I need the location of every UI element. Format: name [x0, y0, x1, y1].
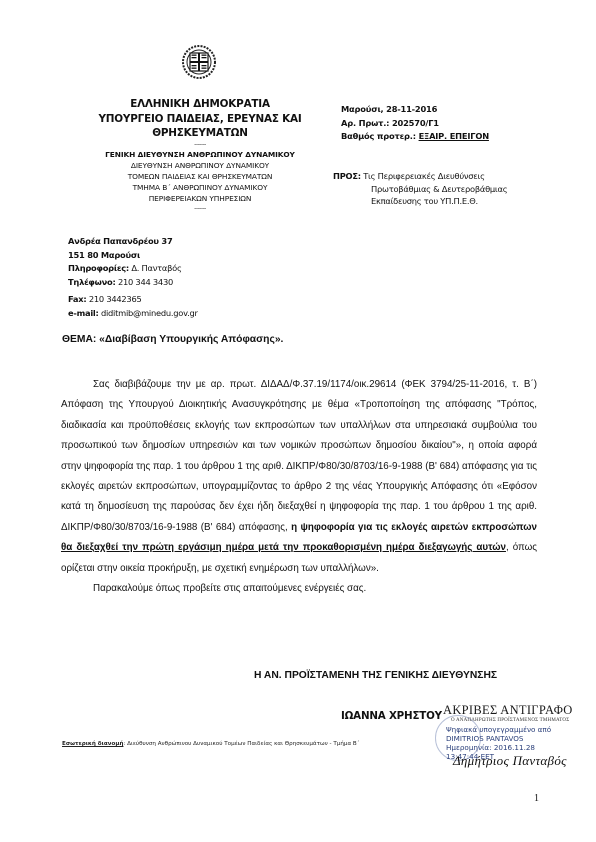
letter-body: Σας διαβιβάζουμε την με αρ. πρωτ. ΔΙΔΑΔ/…	[61, 375, 537, 599]
signatory-name: ΙΩΑΝΝΑ ΧΡΗΣΤΟΥ	[341, 710, 442, 722]
email-label: e-mail:	[68, 308, 99, 318]
email-value[interactable]: diditmib@minedu.gov.gr	[99, 308, 198, 318]
republic-name: ΕΛΛΗΝΙΚΗ ΔΗΜΟΚΡΑΤΙΑ	[70, 97, 330, 112]
priority: Βαθμός προτερ.: ΕΞΑΙΡ. ΕΠΕΙΓΟΝ	[341, 130, 489, 144]
postal-code: 151 80 Μαρούσι	[68, 250, 140, 260]
info-label: Πληροφορίες:	[68, 263, 129, 273]
regional-services: ΠΕΡΙΦΕΡΕΙΑΚΩΝ ΥΠΗΡΕΣΙΩΝ	[70, 193, 330, 204]
paragraph-1: Σας διαβιβάζουμε την με αρ. πρωτ. ΔΙΔΑΔ/…	[61, 375, 537, 579]
stamp-subtitle: Ο ΑΝΑΠΛΗΡΩΤΗΣ ΠΡΟΪΣΤΑΜΕΝΟΣ ΤΜΗΜΑΤΟΣ	[451, 718, 569, 723]
distribution-label: Εσωτερική διανομή	[62, 741, 123, 747]
signed-by: Ψηφιακά υπογεγραμμένο από	[446, 725, 551, 734]
header-separator: -------	[70, 141, 330, 149]
paragraph-2: Παρακαλούμε όπως προβείτε στις απαιτούμε…	[61, 579, 537, 599]
internal-distribution: Εσωτερική διανομή: Διεύθυνση Ανθρώπινου …	[62, 741, 360, 747]
priority-value: ΕΞΑΙΡ. ΕΠΕΙΓΟΝ	[419, 131, 489, 141]
recipient-line-3: Εκπαίδευσης του ΥΠ.Π.Ε.Θ.	[333, 195, 507, 208]
header-separator-2: -------	[70, 205, 330, 213]
fax-value: 210 3442365	[86, 294, 141, 304]
page-number: 1	[534, 793, 539, 804]
signatory-title: Η ΑΝ. ΠΡΟΪΣΤΑΜΕΝΗ ΤΗΣ ΓΕΝΙΚΗΣ ΔΙΕΥΘΥΝΣΗΣ	[254, 670, 497, 681]
certified-copy-stamp: ΑΚΡΙΒΕΣ ΑΝΤΙΓΡΑΦΟ Ο ΑΝΑΠΛΗΡΩΤΗΣ ΠΡΟΪΣΤΑΜ…	[441, 703, 591, 769]
paragraph-1-bold-underline: θα διεξαχθεί την πρώτη εργάσιμη ημέρα με…	[61, 542, 506, 553]
paragraph-1-bold: η ψηφοφορία για τις εκλογές αιρετών εκπρ…	[291, 522, 537, 533]
signer-name: DIMITRIOS PANTAVOS	[446, 734, 551, 743]
document-meta: Μαρούσι, 28-11-2016 Αρ. Πρωτ.: 202570/Γ1…	[341, 103, 489, 144]
sectors: ΤΟΜΕΩΝ ΠΑΙΔΕΙΑΣ ΚΑΙ ΘΡΗΣΚΕΥΜΑΤΩΝ	[70, 171, 330, 182]
distribution-text: : Διεύθυνση Ανθρώπινου Δυναμικού Τομέων …	[123, 741, 359, 747]
directorate: ΔΙΕΥΘΥΝΣΗ ΑΝΘΡΩΠΙΝΟΥ ΔΥΝΑΜΙΚΟΥ	[70, 160, 330, 171]
general-directorate: ΓΕΝΙΚΗ ΔΙΕΥΘΥΝΣΗ ΑΝΘΡΩΠΙΝΟΥ ΔΥΝΑΜΙΚΟΥ	[70, 149, 330, 160]
subject: ΘΕΜΑ: «Διαβίβαση Υπουργικής Απόφασης».	[62, 334, 283, 345]
info-value: Δ. Πανταβός	[129, 263, 182, 273]
greek-emblem-icon	[181, 44, 217, 80]
department: ΤΜΗΜΑ Β΄ ΑΝΘΡΩΠΙΝΟΥ ΔΥΝΑΜΙΚΟΥ	[70, 182, 330, 193]
contact-block: Ανδρέα Παπανδρέου 37 151 80 Μαρούσι Πληρ…	[68, 235, 198, 320]
address: Ανδρέα Παπανδρέου 37	[68, 236, 172, 246]
place-date: Μαρούσι, 28-11-2016	[341, 103, 489, 117]
priority-label: Βαθμός προτερ.:	[341, 131, 419, 141]
signature-date: Ημερομηνία: 2016.11.28	[446, 743, 551, 752]
issuer-header: ΕΛΛΗΝΙΚΗ ΔΗΜΟΚΡΑΤΙΑ ΥΠΟΥΡΓΕΙΟ ΠΑΙΔΕΙΑΣ, …	[70, 97, 330, 213]
fax-label: Fax:	[68, 294, 86, 304]
phone-label: Τηλέφωνο:	[68, 277, 116, 287]
ministry-line-2: ΘΡΗΣΚΕΥΜΑΤΩΝ	[70, 126, 330, 141]
stamp-title: ΑΚΡΙΒΕΣ ΑΝΤΙΓΡΑΦΟ	[443, 703, 573, 718]
paragraph-1-text: Σας διαβιβάζουμε την με αρ. πρωτ. ΔΙΔΑΔ/…	[61, 379, 537, 533]
protocol-number: Αρ. Πρωτ.: 202570/Γ1	[341, 117, 489, 131]
recipient-block: ΠΡΟΣ: Τις Περιφερειακές Διευθύνσεις Πρωτ…	[333, 170, 507, 208]
recipient-label: ΠΡΟΣ:	[333, 171, 361, 181]
ministry-line-1: ΥΠΟΥΡΓΕΙΟ ΠΑΙΔΕΙΑΣ, ΕΡΕΥΝΑΣ ΚΑΙ	[70, 112, 330, 127]
handwritten-signature: Δημήτριος Πανταβός	[453, 753, 567, 769]
recipient-line-1: Τις Περιφερειακές Διευθύνσεις	[361, 171, 485, 181]
phone-value: 210 344 3430	[116, 277, 173, 287]
recipient-line-2: Πρωτοβάθμιας & Δευτεροβάθμιας	[333, 183, 507, 196]
